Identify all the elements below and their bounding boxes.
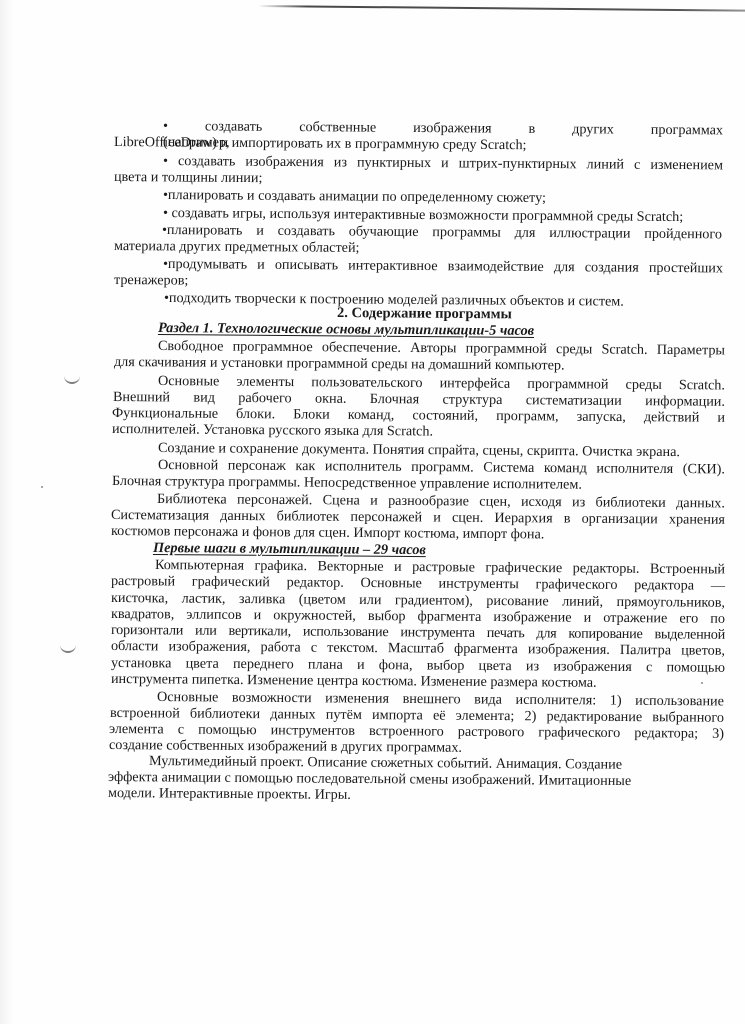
bullet-line: цвета и толщины линии;: [114, 169, 263, 186]
scan-top-edge-line: [258, 5, 745, 12]
section-title: 2. Содержание программы: [337, 305, 512, 322]
bullet-line: LibreOfficeDraw) и импортировать их в пр…: [114, 134, 527, 153]
bullet-line: •продумывать и описывать интерактивное в…: [163, 256, 723, 276]
bullet-line: •планировать и создавать анимации по опр…: [163, 187, 546, 206]
scan-left-edge: [0, 0, 16, 1024]
scan-speck: [701, 682, 703, 684]
bullet-line: тренажеров;: [114, 272, 189, 289]
section-1-heading: Раздел 1. Технологические основы мультип…: [158, 320, 534, 339]
paragraph-line: модели. Интерактивные проекты. Игры.: [108, 785, 351, 803]
paragraph-line: для скачивания и установки программной с…: [114, 354, 565, 374]
scanned-page: • создавать собственные изображения в др…: [0, 0, 745, 1024]
punch-hole-mark: [60, 643, 76, 653]
paragraph-line: инструмента пипетка. Изменение центра ко…: [111, 671, 597, 691]
punch-hole-mark: [64, 374, 80, 384]
paragraph-line: Блочная структура программы. Непосредств…: [112, 473, 582, 493]
paragraph-line: исполнителей. Установка русского языка д…: [112, 421, 433, 440]
section-2-heading: Первые шаги в мультипликации – 29 часов: [153, 540, 426, 558]
bullet-line: материала других предметных областей;: [114, 238, 360, 256]
scan-speck: [41, 486, 43, 488]
